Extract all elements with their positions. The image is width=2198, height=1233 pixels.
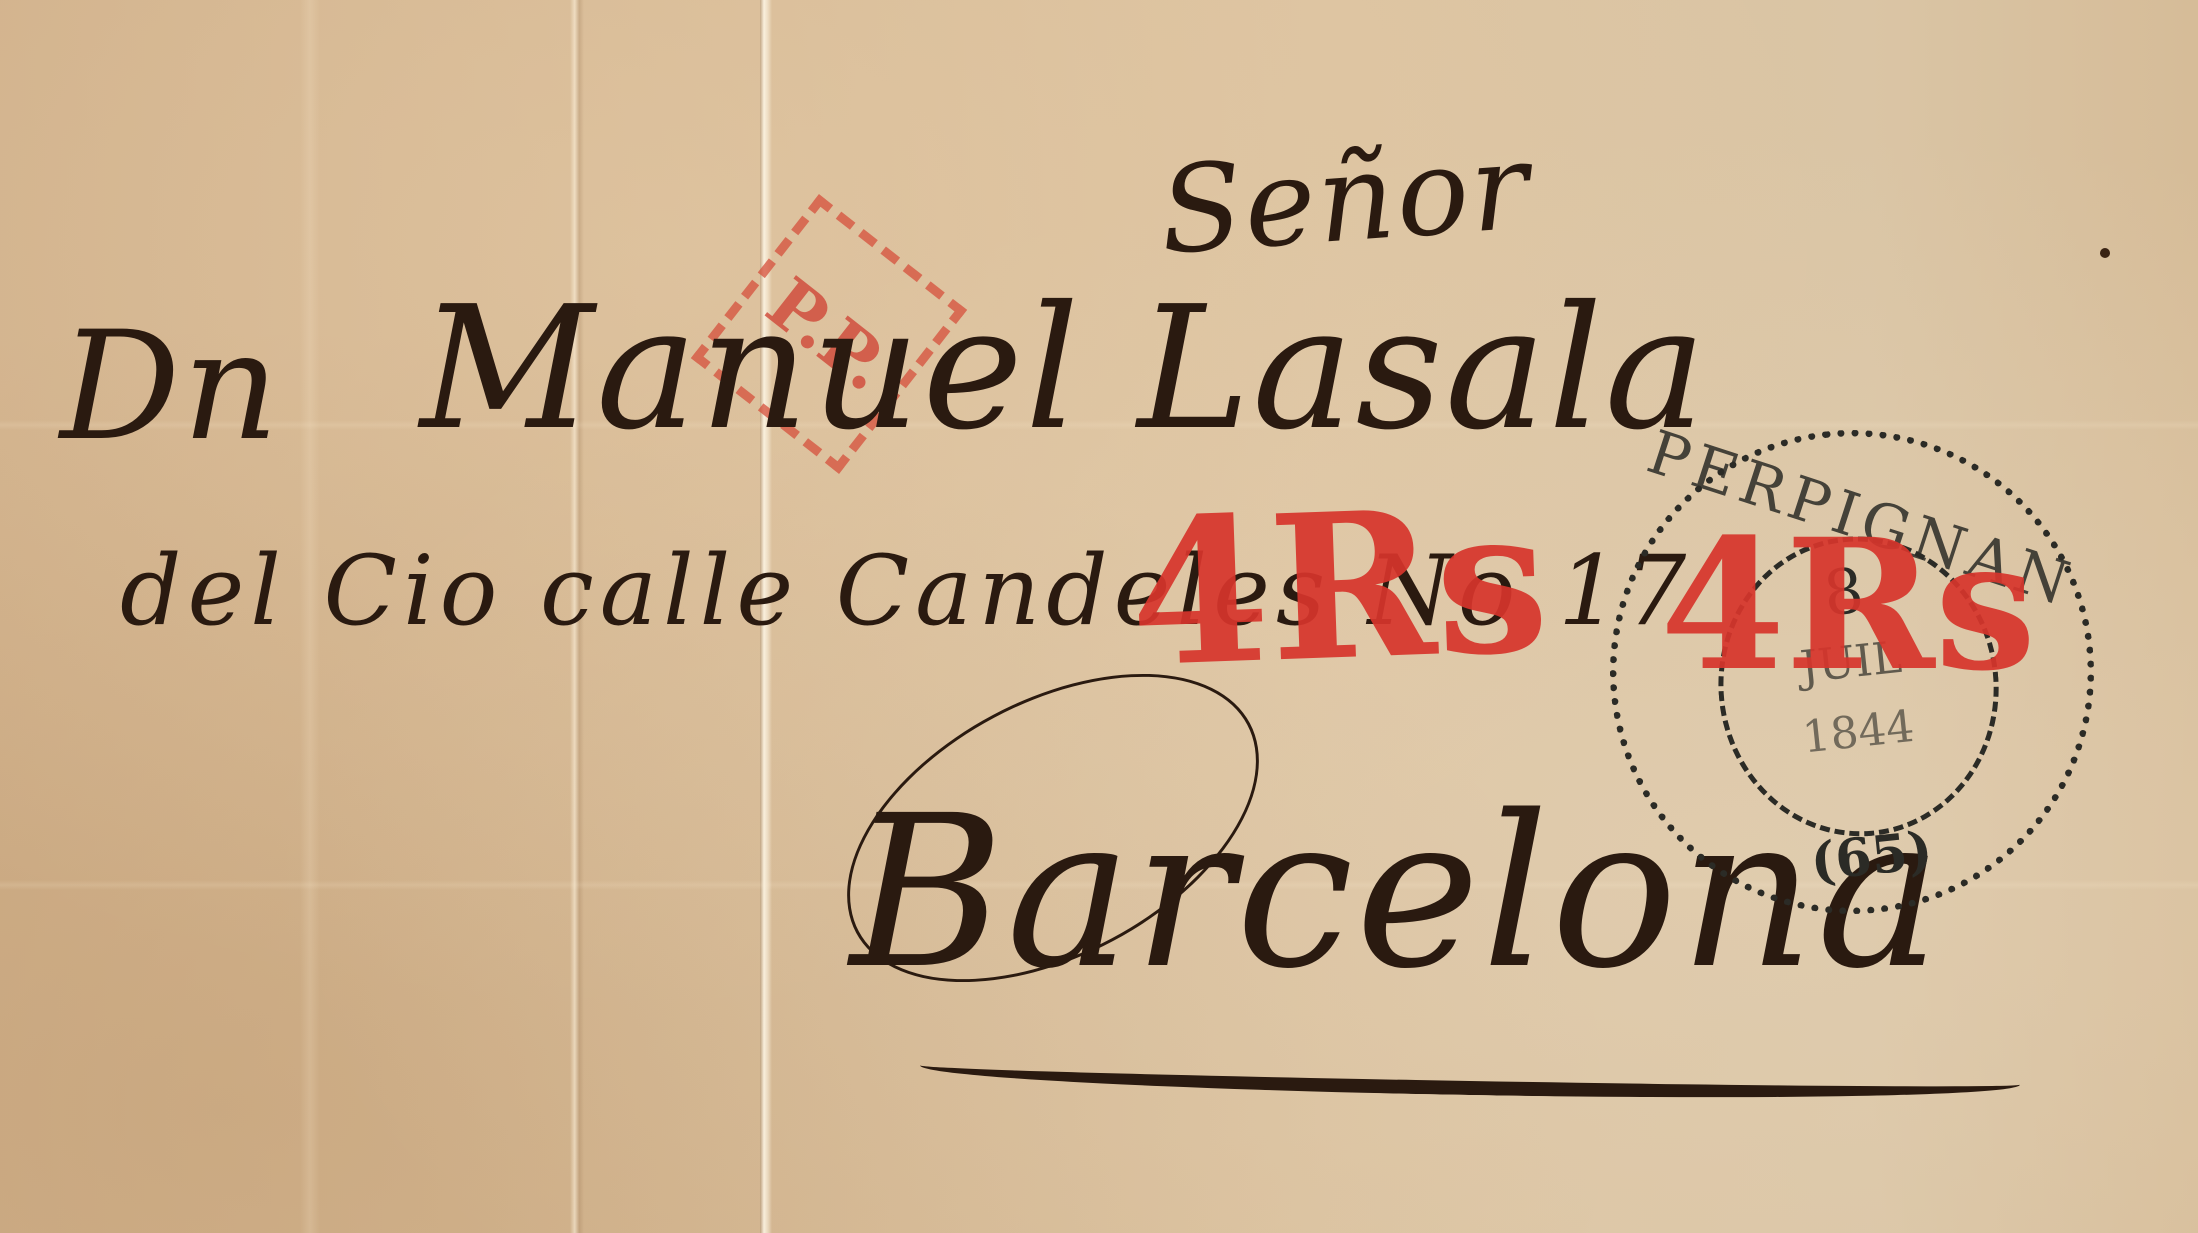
recipient-name: Manuel Lasala <box>420 270 1708 468</box>
ink-spot <box>2100 248 2110 258</box>
red-charge-mark: 4Rs <box>1126 463 1552 712</box>
title-abbreviation: Dn <box>60 300 281 474</box>
salutation-text: Señor <box>1156 117 1535 281</box>
city-underline <box>920 1045 2021 1104</box>
red-charge-mark-secondary: 4Rs <box>1660 500 2036 711</box>
postmark-department: (65) <box>1794 818 1950 894</box>
title-text: Dn <box>60 300 281 474</box>
letter-cover: Señor Dn P.P. Manuel Lasala del Cio call… <box>0 0 2198 1233</box>
